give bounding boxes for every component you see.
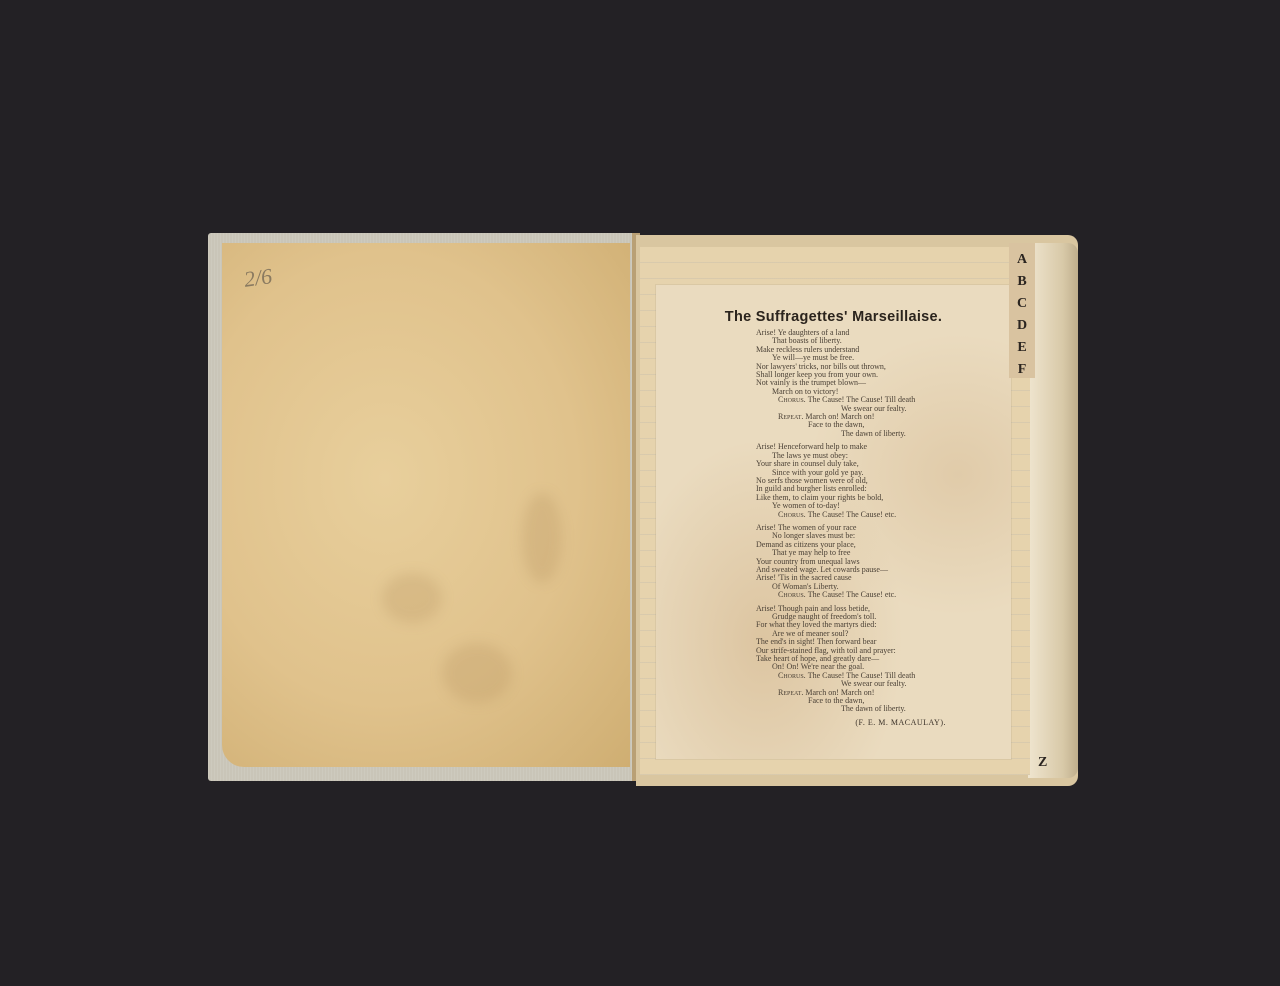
chorus-label: Chorus.	[778, 590, 808, 599]
poem-body: Arise! Ye daughters of a landThat boasts…	[756, 329, 1006, 727]
repeat-line: The dawn of liberty.	[756, 705, 1006, 713]
poem-stanza: Arise! Though pain and loss betide,Grudg…	[756, 605, 1006, 714]
chorus-label: Chorus.	[778, 671, 808, 680]
poem-title: The Suffragettes' Marseillaise.	[656, 309, 1011, 325]
page-edges	[1028, 243, 1078, 778]
index-tab-a: A	[1017, 249, 1027, 271]
stain	[382, 573, 442, 623]
repeat-line: Repeat. March on! March on!	[756, 413, 1006, 421]
poem-stanza: Arise! Ye daughters of a landThat boasts…	[756, 329, 1006, 438]
poem-stanza: Arise! Henceforward help to makeThe laws…	[756, 443, 1006, 519]
chorus-line: Chorus. The Cause! The Cause! etc.	[756, 511, 1006, 519]
poem-stanza: Arise! The women of your raceNo longer s…	[756, 524, 1006, 600]
stain	[522, 493, 562, 583]
stain	[442, 643, 512, 703]
repeat-line: Repeat. March on! March on!	[756, 689, 1006, 697]
right-page-block: The Suffragettes' Marseillaise. Arise! Y…	[636, 235, 1078, 786]
pasted-clipping: The Suffragettes' Marseillaise. Arise! Y…	[656, 285, 1011, 759]
pencil-price-note: 2/6	[242, 263, 273, 293]
poem-author: (F. E. M. MACAULAY).	[756, 719, 1006, 727]
chorus-label: Chorus.	[778, 510, 808, 519]
repeat-label: Repeat.	[778, 412, 805, 421]
index-tab-z: Z	[1038, 755, 1047, 771]
chorus-line: Chorus. The Cause! The Cause! etc.	[756, 591, 1006, 599]
repeat-line: The dawn of liberty.	[756, 430, 1006, 438]
index-tab-b: B	[1017, 271, 1026, 293]
index-tab-f: F	[1018, 359, 1027, 381]
open-scrapbook: 2/6 The Suffragettes' Marseillaise. Aris…	[208, 233, 1078, 786]
left-page: 2/6	[222, 243, 630, 767]
chorus-label: Chorus.	[778, 395, 808, 404]
index-tab-d: D	[1017, 315, 1027, 337]
index-tab-c: C	[1017, 293, 1027, 315]
repeat-label: Repeat.	[778, 688, 805, 697]
right-page: The Suffragettes' Marseillaise. Arise! Y…	[640, 247, 1030, 775]
index-tabs: ABCDEF	[1009, 243, 1035, 378]
index-tab-e: E	[1017, 337, 1026, 359]
